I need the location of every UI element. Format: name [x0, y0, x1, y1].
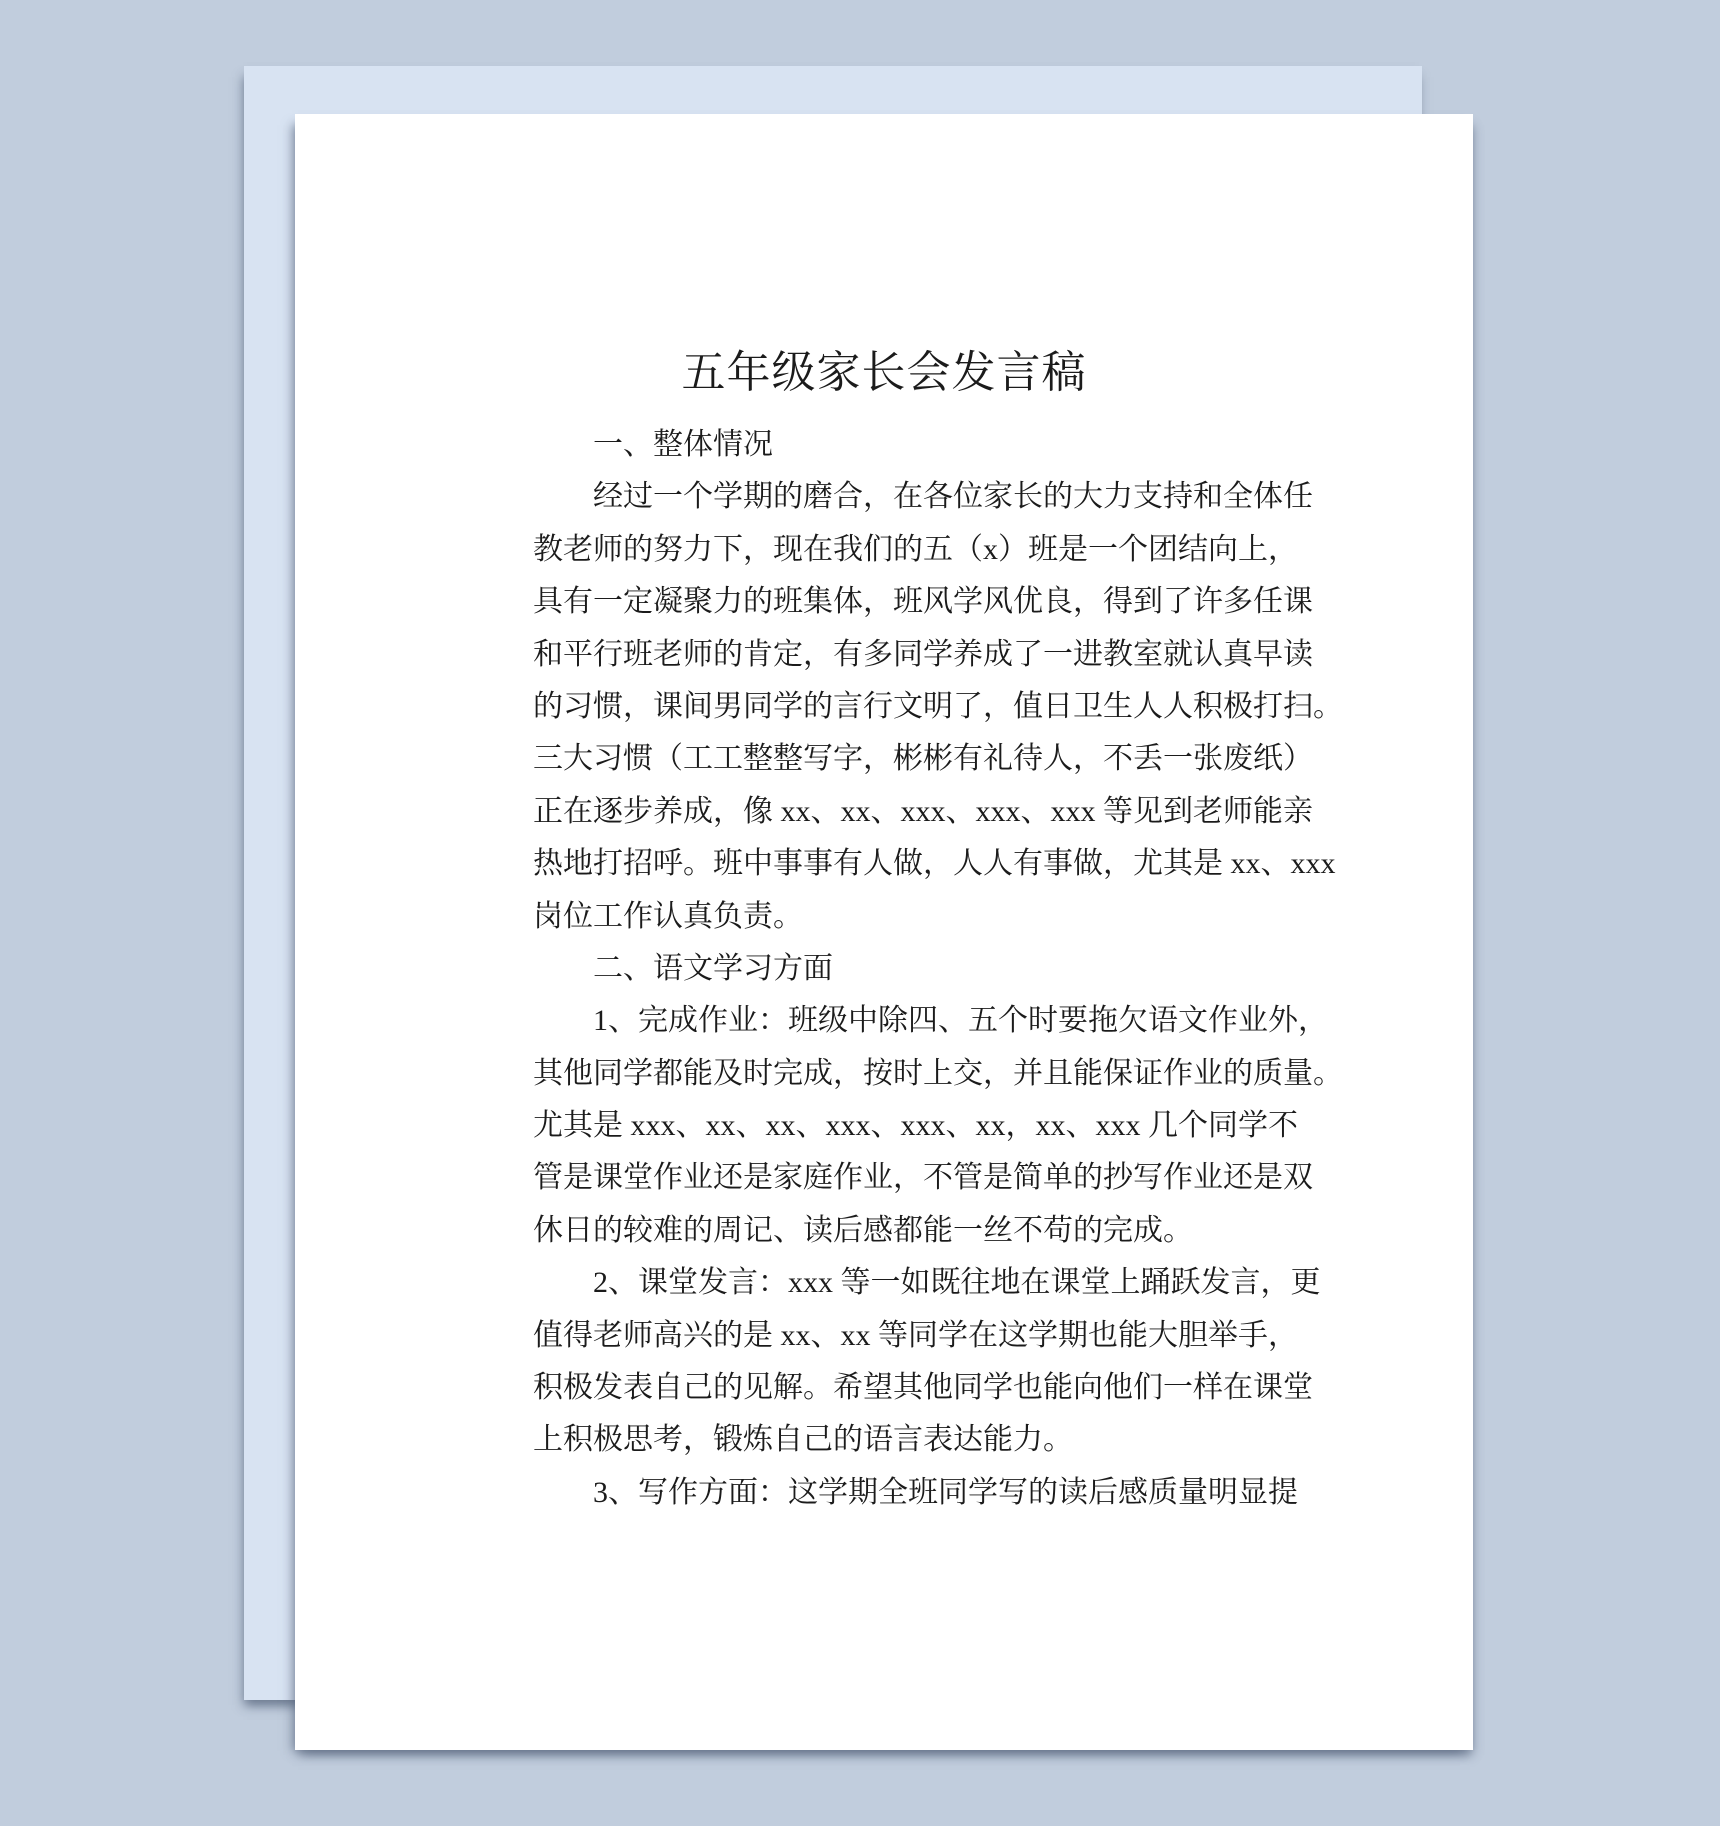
- document-text-line: 管是课堂作业还是家庭作业，不管是简单的抄写作业还是双: [533, 1152, 1247, 1204]
- document-text-line: 三大习惯（工工整整写字，彬彬有礼待人，不丢一张废纸）: [533, 733, 1247, 785]
- document-text-line: 二、语文学习方面: [533, 943, 1247, 995]
- document-text-line: 1、完成作业：班级中除四、五个时要拖欠语文作业外，: [533, 995, 1247, 1047]
- document-text-line: 经过一个学期的磨合，在各位家长的大力支持和全体任: [533, 471, 1247, 523]
- document-text-line: 正在逐步养成，像 xx、xx、xxx、xxx、xxx 等见到老师能亲: [533, 786, 1247, 838]
- document-text-line: 和平行班老师的肯定，有多同学养成了一进教室就认真早读: [533, 629, 1247, 681]
- workspace-background: 五年级家长会发言稿 一、整体情况经过一个学期的磨合，在各位家长的大力支持和全体任…: [0, 0, 1720, 1826]
- document-text-line: 岗位工作认真负责。: [533, 891, 1247, 943]
- document-text-line: 值得老师高兴的是 xx、xx 等同学在这学期也能大胆举手，: [533, 1310, 1247, 1362]
- document-text-line: 上积极思考，锻炼自己的语言表达能力。: [533, 1414, 1247, 1466]
- document-text-line: 具有一定凝聚力的班集体，班风学风优良，得到了许多任课: [533, 576, 1247, 628]
- document-text-line: 尤其是 xxx、xx、xx、xxx、xxx、xx，xx、xxx 几个同学不: [533, 1100, 1247, 1152]
- document-text-line: 热地打招呼。班中事事有人做，人人有事做，尤其是 xx、xxx: [533, 838, 1247, 890]
- document-text-line: 积极发表自己的见解。希望其他同学也能向他们一样在课堂: [533, 1362, 1247, 1414]
- document-text-line: 一、整体情况: [533, 419, 1247, 471]
- document-text-line: 教老师的努力下，现在我们的五（x）班是一个团结向上，: [533, 524, 1247, 576]
- document-text-line: 3、写作方面：这学期全班同学写的读后感质量明显提: [533, 1467, 1247, 1519]
- document-text-line: 2、课堂发言：xxx 等一如既往地在课堂上踊跃发言，更: [533, 1257, 1247, 1309]
- document-body: 一、整体情况经过一个学期的磨合，在各位家长的大力支持和全体任教老师的努力下，现在…: [295, 419, 1473, 1519]
- document-text-line: 其他同学都能及时完成，按时上交，并且能保证作业的质量。: [533, 1048, 1247, 1100]
- document-text-line: 的习惯，课间男同学的言行文明了，值日卫生人人积极打扫。: [533, 681, 1247, 733]
- document-text-line: 休日的较难的周记、读后感都能一丝不苟的完成。: [533, 1205, 1247, 1257]
- document-title: 五年级家长会发言稿: [295, 343, 1473, 403]
- document-page: 五年级家长会发言稿 一、整体情况经过一个学期的磨合，在各位家长的大力支持和全体任…: [295, 114, 1473, 1750]
